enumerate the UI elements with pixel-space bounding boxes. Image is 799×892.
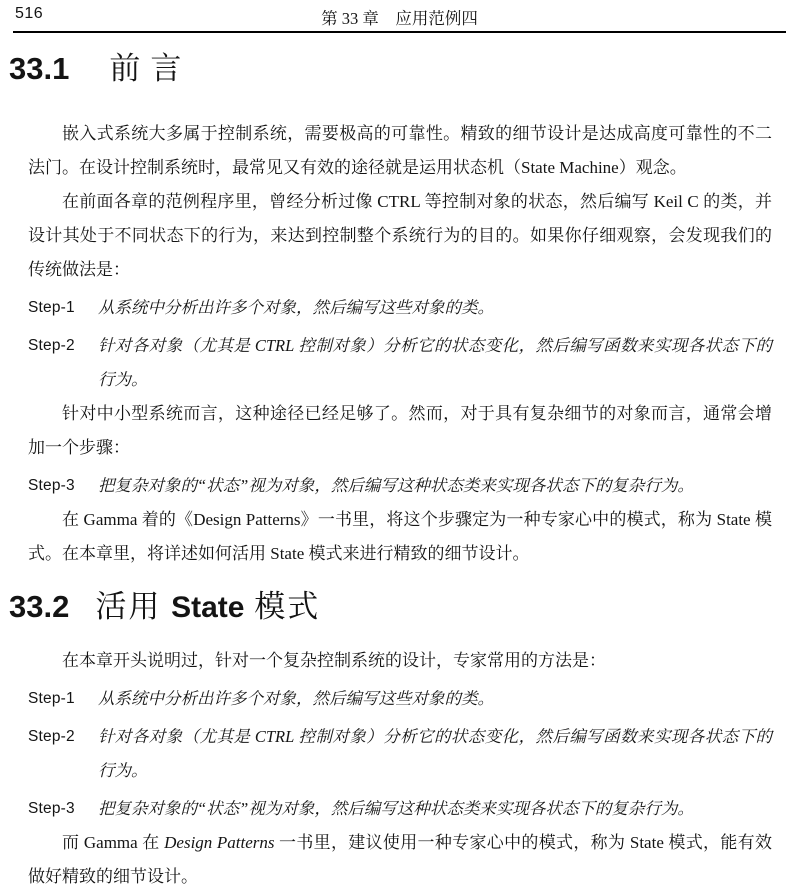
book-title: Design Patterns [164,833,274,852]
step-label: Step-2 [28,329,98,397]
running-header: 516 第 33 章 应用范例四 [13,0,786,33]
step-item: Step-1 从系统中分析出许多个对象，然后编写这些对象的类。 [28,291,772,325]
section-number: 33.2 [9,587,69,627]
step-text: 从系统中分析出许多个对象，然后编写这些对象的类。 [98,682,772,716]
page-content: 33.1 前言 嵌入式系统大多属于控制系统，需要极高的可靠性。精致的细节设计是达… [28,49,772,892]
step-text: 把复杂对象的“状态”视为对象，然后编写这种状态类来实现各状态下的复杂行为。 [98,469,772,503]
step-text: 针对各对象（尤其是 CTRL 控制对象）分析它的状态变化，然后编写函数来实现各状… [98,720,772,788]
book-page: 516 第 33 章 应用范例四 33.1 前言 嵌入式系统大多属于控制系统，需… [0,0,799,892]
paragraph-text: 而 Gamma 在 [62,833,164,852]
step-label: Step-3 [28,792,98,826]
step-item: Step-1 从系统中分析出许多个对象，然后编写这些对象的类。 [28,682,772,716]
step-item: Step-2 针对各对象（尤其是 CTRL 控制对象）分析它的状态变化，然后编写… [28,329,772,397]
step-label: Step-1 [28,682,98,716]
section-number: 33.1 [9,49,69,89]
step-label: Step-2 [28,720,98,788]
step-text: 针对各对象（尤其是 CTRL 控制对象）分析它的状态变化，然后编写函数来实现各状… [98,329,772,397]
paragraph: 嵌入式系统大多属于控制系统，需要极高的可靠性。精致的细节设计是达成高度可靠性的不… [28,117,772,185]
step-item: Step-2 针对各对象（尤其是 CTRL 控制对象）分析它的状态变化，然后编写… [28,720,772,788]
paragraph: 在前面各章的范例程序里，曾经分析过像 CTRL 等控制对象的状态，然后编写 Ke… [28,185,772,287]
section-title-suffix: 模式 [244,589,320,624]
paragraph: 在本章开头说明过，针对一个复杂控制系统的设计，专家常用的方法是： [28,644,772,678]
step-label: Step-3 [28,469,98,503]
section-title-keyword: State [171,591,244,624]
section-title: 前言 [109,49,191,89]
section-title-prefix: 活用 [95,589,171,624]
section-title: 活用 State 模式 [95,587,320,628]
step-text: 从系统中分析出许多个对象，然后编写这些对象的类。 [98,291,772,325]
section-heading-intro: 33.1 前言 [9,49,772,89]
step-label: Step-1 [28,291,98,325]
step-item: Step-3 把复杂对象的“状态”视为对象，然后编写这种状态类来实现各状态下的复… [28,469,772,503]
paragraph: 在 Gamma 着的《Design Patterns》一书里，将这个步骤定为一种… [28,503,772,571]
paragraph: 针对中小型系统而言，这种途径已经足够了。然而，对于具有复杂细节的对象而言，通常会… [28,397,772,465]
section-heading-state: 33.2 活用 State 模式 [9,587,772,628]
step-item: Step-3 把复杂对象的“状态”视为对象，然后编写这种状态类来实现各状态下的复… [28,792,772,826]
step-text: 把复杂对象的“状态”视为对象，然后编写这种状态类来实现各状态下的复杂行为。 [98,792,772,826]
chapter-header: 第 33 章 应用范例四 [13,5,786,29]
paragraph: 而 Gamma 在 Design Patterns 一书里，建议使用一种专家心中… [28,826,772,892]
